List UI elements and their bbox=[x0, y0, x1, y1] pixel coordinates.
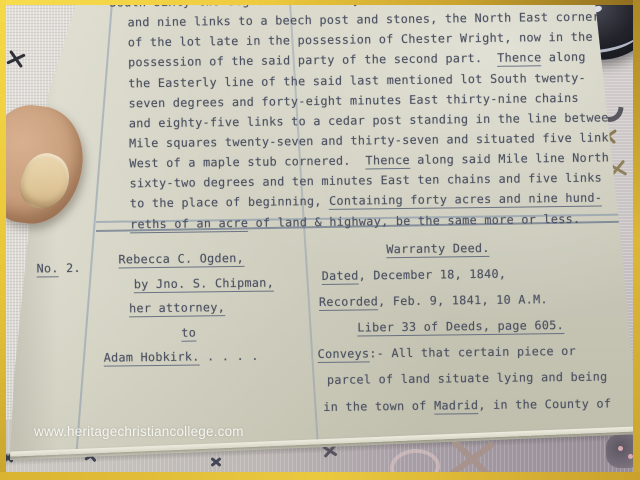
frame-border-top bbox=[0, 0, 640, 5]
frame-border-bottom bbox=[0, 472, 640, 480]
typewritten-line: to bbox=[101, 324, 275, 351]
typewritten-line: parcel of land situate lying and being bbox=[302, 370, 611, 400]
typewritten-line: Dated, December 18, 1840, bbox=[301, 266, 610, 296]
frame-border-right bbox=[633, 0, 640, 480]
typewritten-line: by Jno. S. Chipman, bbox=[101, 275, 275, 302]
typewritten-line: her attorney, bbox=[101, 300, 275, 327]
typewritten-line: Warranty Deed. bbox=[300, 239, 609, 269]
watermark-url: www.heritagechristiancollege.com bbox=[34, 424, 244, 439]
property-description-block: South sixty-two degrees and twenty-five … bbox=[109, 0, 632, 237]
typewritten-text-layer: South sixty-two degrees and twenty-five … bbox=[0, 0, 640, 480]
typewritten-line: Rebecca C. Ogden, bbox=[100, 251, 274, 278]
typewritten-paper: South sixty-two degrees and twenty-five … bbox=[0, 0, 640, 480]
deed-details-block: Warranty Deed.Dated, December 18, 1840,R… bbox=[300, 239, 611, 425]
stitch-dot-icon bbox=[618, 446, 623, 451]
typewritten-line: Adam Hobkirk. . . . . bbox=[102, 349, 276, 376]
parties-block: Rebecca C. Ogden,by Jno. S. Chipman,her … bbox=[100, 251, 275, 376]
entry-number: No. 2. bbox=[36, 261, 80, 276]
cross-stitch-icon bbox=[210, 456, 222, 468]
typewritten-line: No. 2. bbox=[36, 261, 80, 276]
photo-of-deed-document: { "colors": { "paper": "#d8d7c6", "ink":… bbox=[0, 0, 640, 480]
frame-border-left bbox=[0, 0, 6, 480]
typewritten-line: in the town of Madrid, in the County of bbox=[302, 396, 611, 426]
